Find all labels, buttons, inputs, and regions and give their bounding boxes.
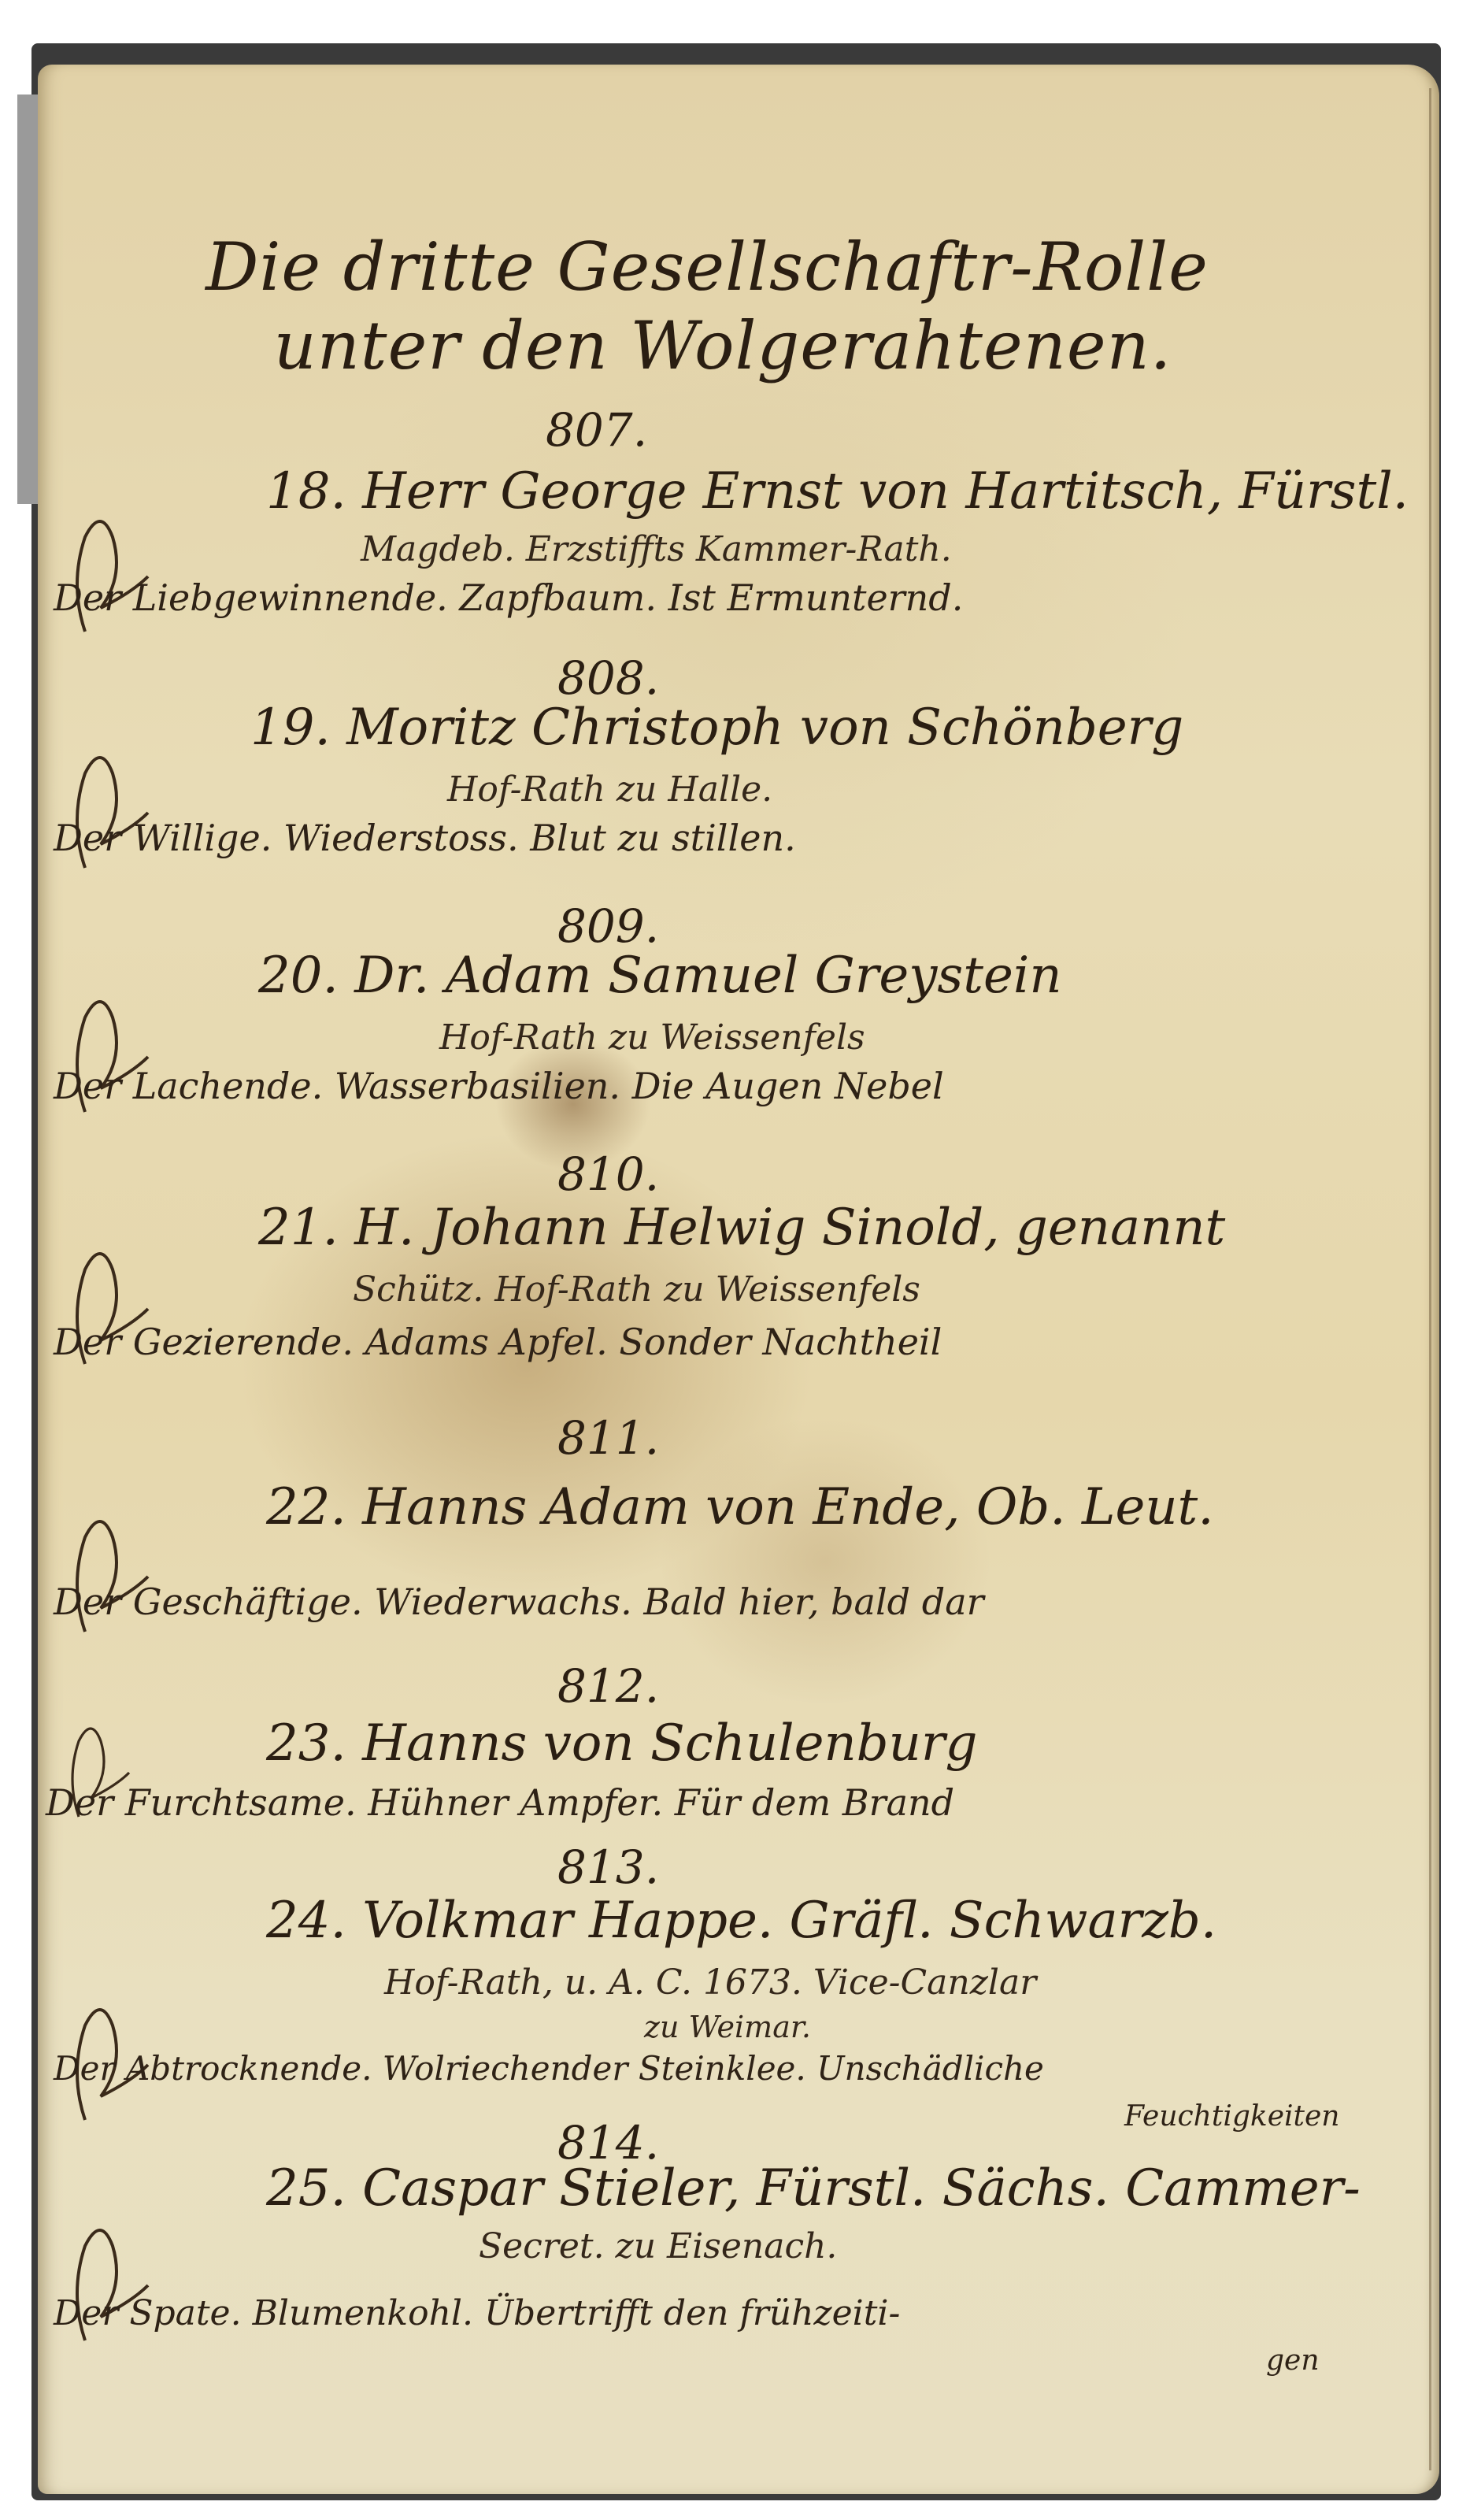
entry-number: 809.: [557, 899, 659, 953]
member-motto: Der Liebgewinnende. Zapfbaum. Ist Ermunt…: [54, 576, 963, 619]
member-motto-continued: gen: [1266, 2344, 1320, 2377]
member-name: 20. Dr. Adam Samuel Greystein: [258, 947, 1062, 1005]
member-name: 24. Volkmar Happe. Gräfl. Schwarzb.: [266, 1892, 1216, 1950]
member-motto: Der Lachende. Wasserbasilien. Die Augen …: [54, 1065, 944, 1107]
member-name: 23. Hanns von Schulenburg: [266, 1714, 977, 1773]
entry-number: 812.: [557, 1659, 659, 1713]
member-office-continued: zu Weimar.: [644, 2010, 811, 2044]
page-title-line2: unter den Wolgerahtenen.: [22, 313, 1424, 379]
member-motto: Der Abtrocknende. Wolriechender Steinkle…: [54, 2049, 1044, 2088]
entry-number: 813.: [557, 1840, 659, 1894]
entry-number: 807.: [546, 403, 647, 457]
flourish-icon: [54, 506, 172, 639]
entry-number: 811.: [557, 1411, 659, 1465]
member-office: Hof-Rath, u. A. C. 1673. Vice-Canzlar: [384, 1962, 1036, 2003]
member-name: 18. Herr George Ernst von Hartitsch, Für…: [266, 462, 1409, 521]
member-motto-continued: Feuchtigkeiten: [1124, 2100, 1339, 2133]
member-motto: Der Willige. Wiederstoss. Blut zu stille…: [54, 817, 796, 859]
member-name: 19. Moritz Christoph von Schönberg: [250, 699, 1183, 757]
page-title-line1: Die dritte Gesellschaftr-Rolle: [6, 234, 1408, 300]
member-office: Secret. zu Eisenach.: [479, 2226, 837, 2266]
entry-number: 808.: [557, 651, 659, 705]
member-motto: Der Furchtsame. Hühner Ampfer. Für dem B…: [46, 1781, 954, 1824]
member-office: Schütz. Hof-Rath zu Weissenfels: [353, 1269, 920, 1310]
member-name: 21. H. Johann Helwig Sinold, genannt: [258, 1199, 1225, 1257]
manuscript-content: Die dritte Gesellschaftr-Rolle unter den…: [38, 65, 1439, 2494]
entry-number: 810.: [557, 1147, 659, 1201]
member-name: 22. Hanns Adam von Ende, Ob. Leut.: [266, 1478, 1214, 1536]
member-motto: Der Gezierende. Adams Apfel. Sonder Nach…: [54, 1321, 942, 1363]
member-office: Hof-Rath zu Weissenfels: [439, 1017, 865, 1058]
member-office: Magdeb. Erzstiffts Kammer-Rath.: [361, 529, 952, 569]
member-motto: Der Spate. Blumenkohl. Übertrifft den fr…: [54, 2293, 900, 2333]
member-office: Hof-Rath zu Halle.: [447, 769, 772, 810]
member-name: 25. Caspar Stieler, Fürstl. Sächs. Camme…: [266, 2159, 1361, 2218]
member-motto: Der Geschäftige. Wiederwachs. Bald hier,…: [54, 1581, 984, 1623]
